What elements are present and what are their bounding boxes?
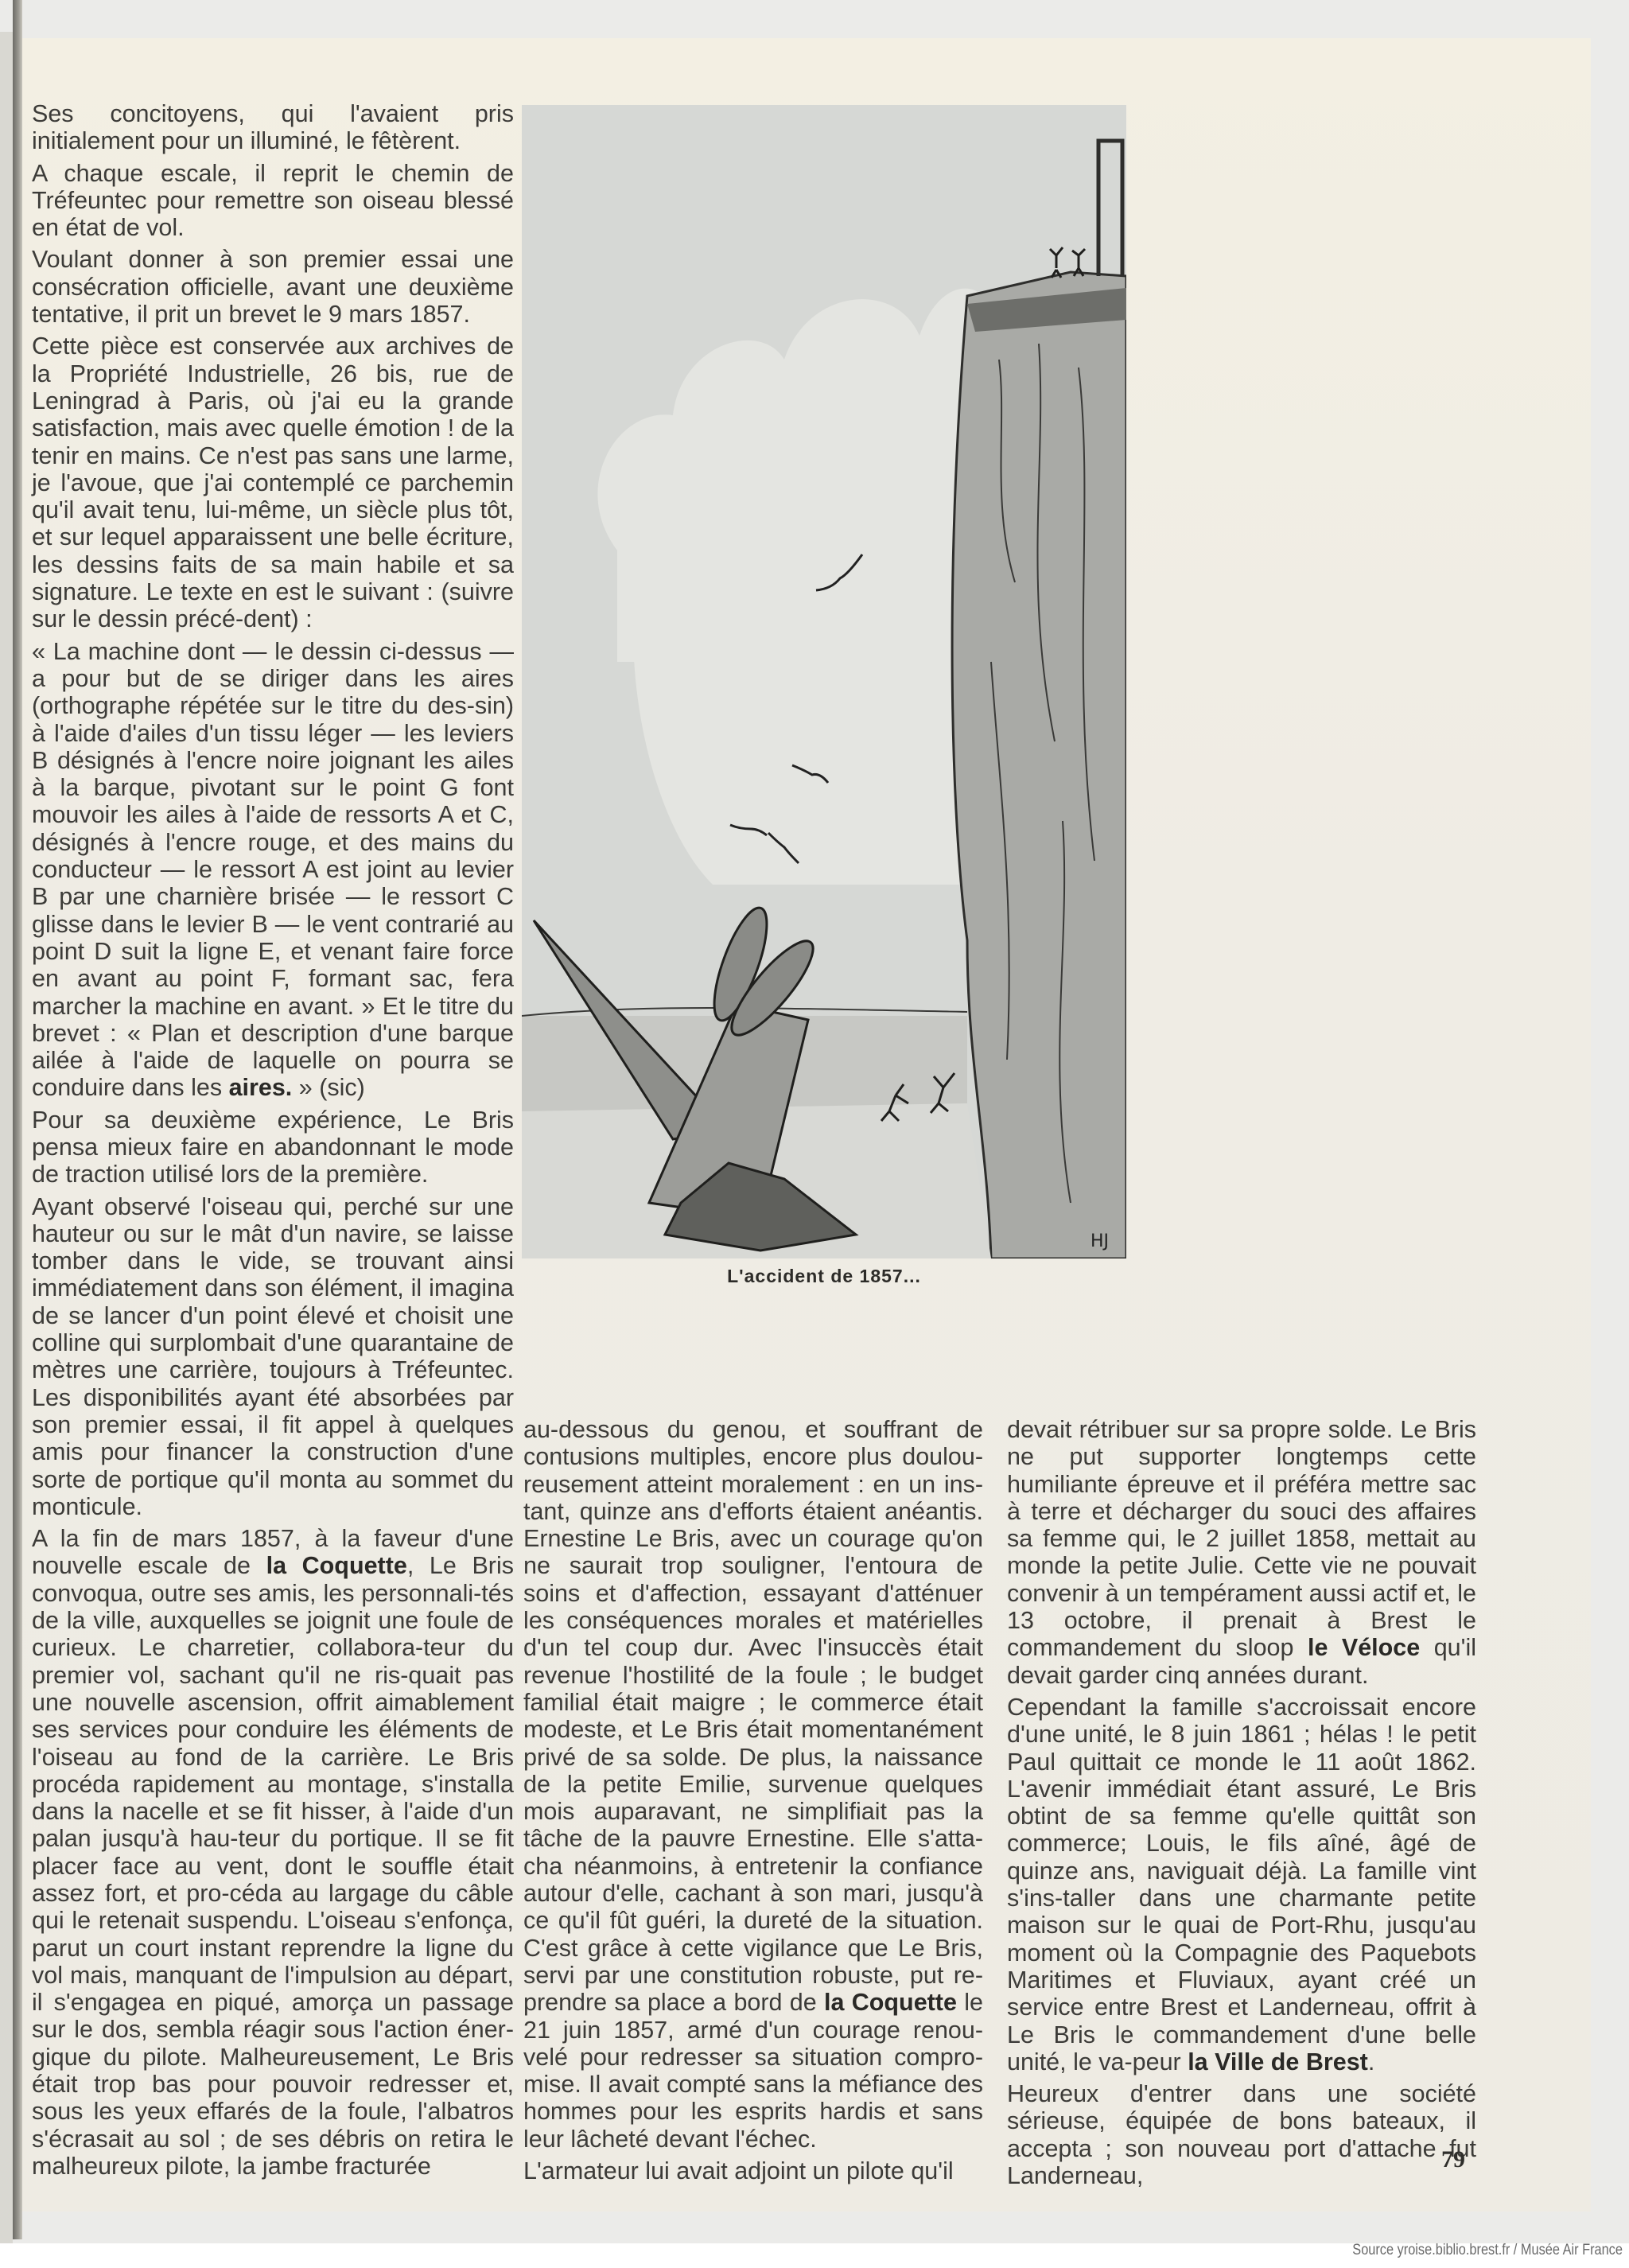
magazine-page: Ses concitoyens, qui l'avaient pris init… — [22, 38, 1591, 2212]
paragraph: au-dessous du genou, et souffrant de con… — [523, 1416, 983, 2153]
paragraph: Pour sa deuxième expérience, Le Bris pen… — [32, 1107, 514, 1188]
paragraph: L'armateur lui avait adjoint un pilote q… — [523, 2157, 983, 2184]
text-run: Cependant la famille s'accroissait encor… — [1007, 1694, 1476, 2075]
paragraph: Ses concitoyens, qui l'avaient pris init… — [32, 100, 514, 155]
text-run: , Le Bris convoqua, outre ses amis, les … — [32, 1552, 514, 2180]
ship-name-le-veloce: le Véloce — [1308, 1634, 1420, 1661]
source-credit: Source yroise.biblio.brest.fr / Musée Ai… — [1352, 2242, 1623, 2259]
artist-signature: HJ — [1091, 1231, 1109, 1251]
paragraph: Cette pièce est conservée aux archives d… — [32, 333, 514, 632]
paragraph: Cependant la famille s'accroissait encor… — [1007, 1694, 1476, 2075]
paragraph: devait rétribuer sur sa propre solde. Le… — [1007, 1416, 1476, 1689]
paragraph: Heureux d'entrer dans une société sérieu… — [1007, 2080, 1476, 2189]
accident-drawing: HJ — [522, 105, 1126, 1258]
paragraph: Ayant observé l'oiseau qui, perché sur u… — [32, 1193, 514, 1521]
emphasis-aires: aires. — [229, 1074, 293, 1101]
text-run: . — [1368, 2048, 1374, 2075]
page-number: 79 — [1441, 2146, 1465, 2173]
ship-name-la-coquette: la Coquette — [266, 1552, 407, 1579]
patent-quote-text: « La machine dont — le dessin ci-dessus … — [32, 638, 514, 1102]
text-column-left: Ses concitoyens, qui l'avaient pris init… — [32, 100, 514, 2184]
binding-shadow — [13, 0, 22, 2239]
paragraph-patent-quote: « La machine dont — le dessin ci-dessus … — [32, 638, 514, 1102]
paragraph: A la fin de mars 1857, à la faveur d'une… — [32, 1525, 514, 2180]
text-column-right: devait rétribuer sur sa propre solde. Le… — [1007, 1416, 1476, 2194]
previous-page-edge — [0, 32, 13, 2243]
illustration-caption: L'accident de 1857... — [522, 1266, 1126, 1287]
sic-note: » (sic) — [292, 1074, 365, 1101]
text-column-middle: au-dessous du genou, et souffrant de con… — [523, 1416, 983, 2189]
ship-name-la-ville-de-brest: la Ville de Brest — [1188, 2048, 1368, 2075]
text-run: au-dessous du genou, et souffrant de con… — [523, 1416, 983, 2016]
illustration-cliff-accident: HJ — [522, 105, 1126, 1258]
ship-name-la-coquette: la Coquette — [824, 1989, 957, 2016]
paragraph: A chaque escale, il reprit le chemin de … — [32, 160, 514, 242]
paragraph: Voulant donner à son premier essai une c… — [32, 246, 514, 328]
text-run: devait rétribuer sur sa propre solde. Le… — [1007, 1416, 1476, 1661]
